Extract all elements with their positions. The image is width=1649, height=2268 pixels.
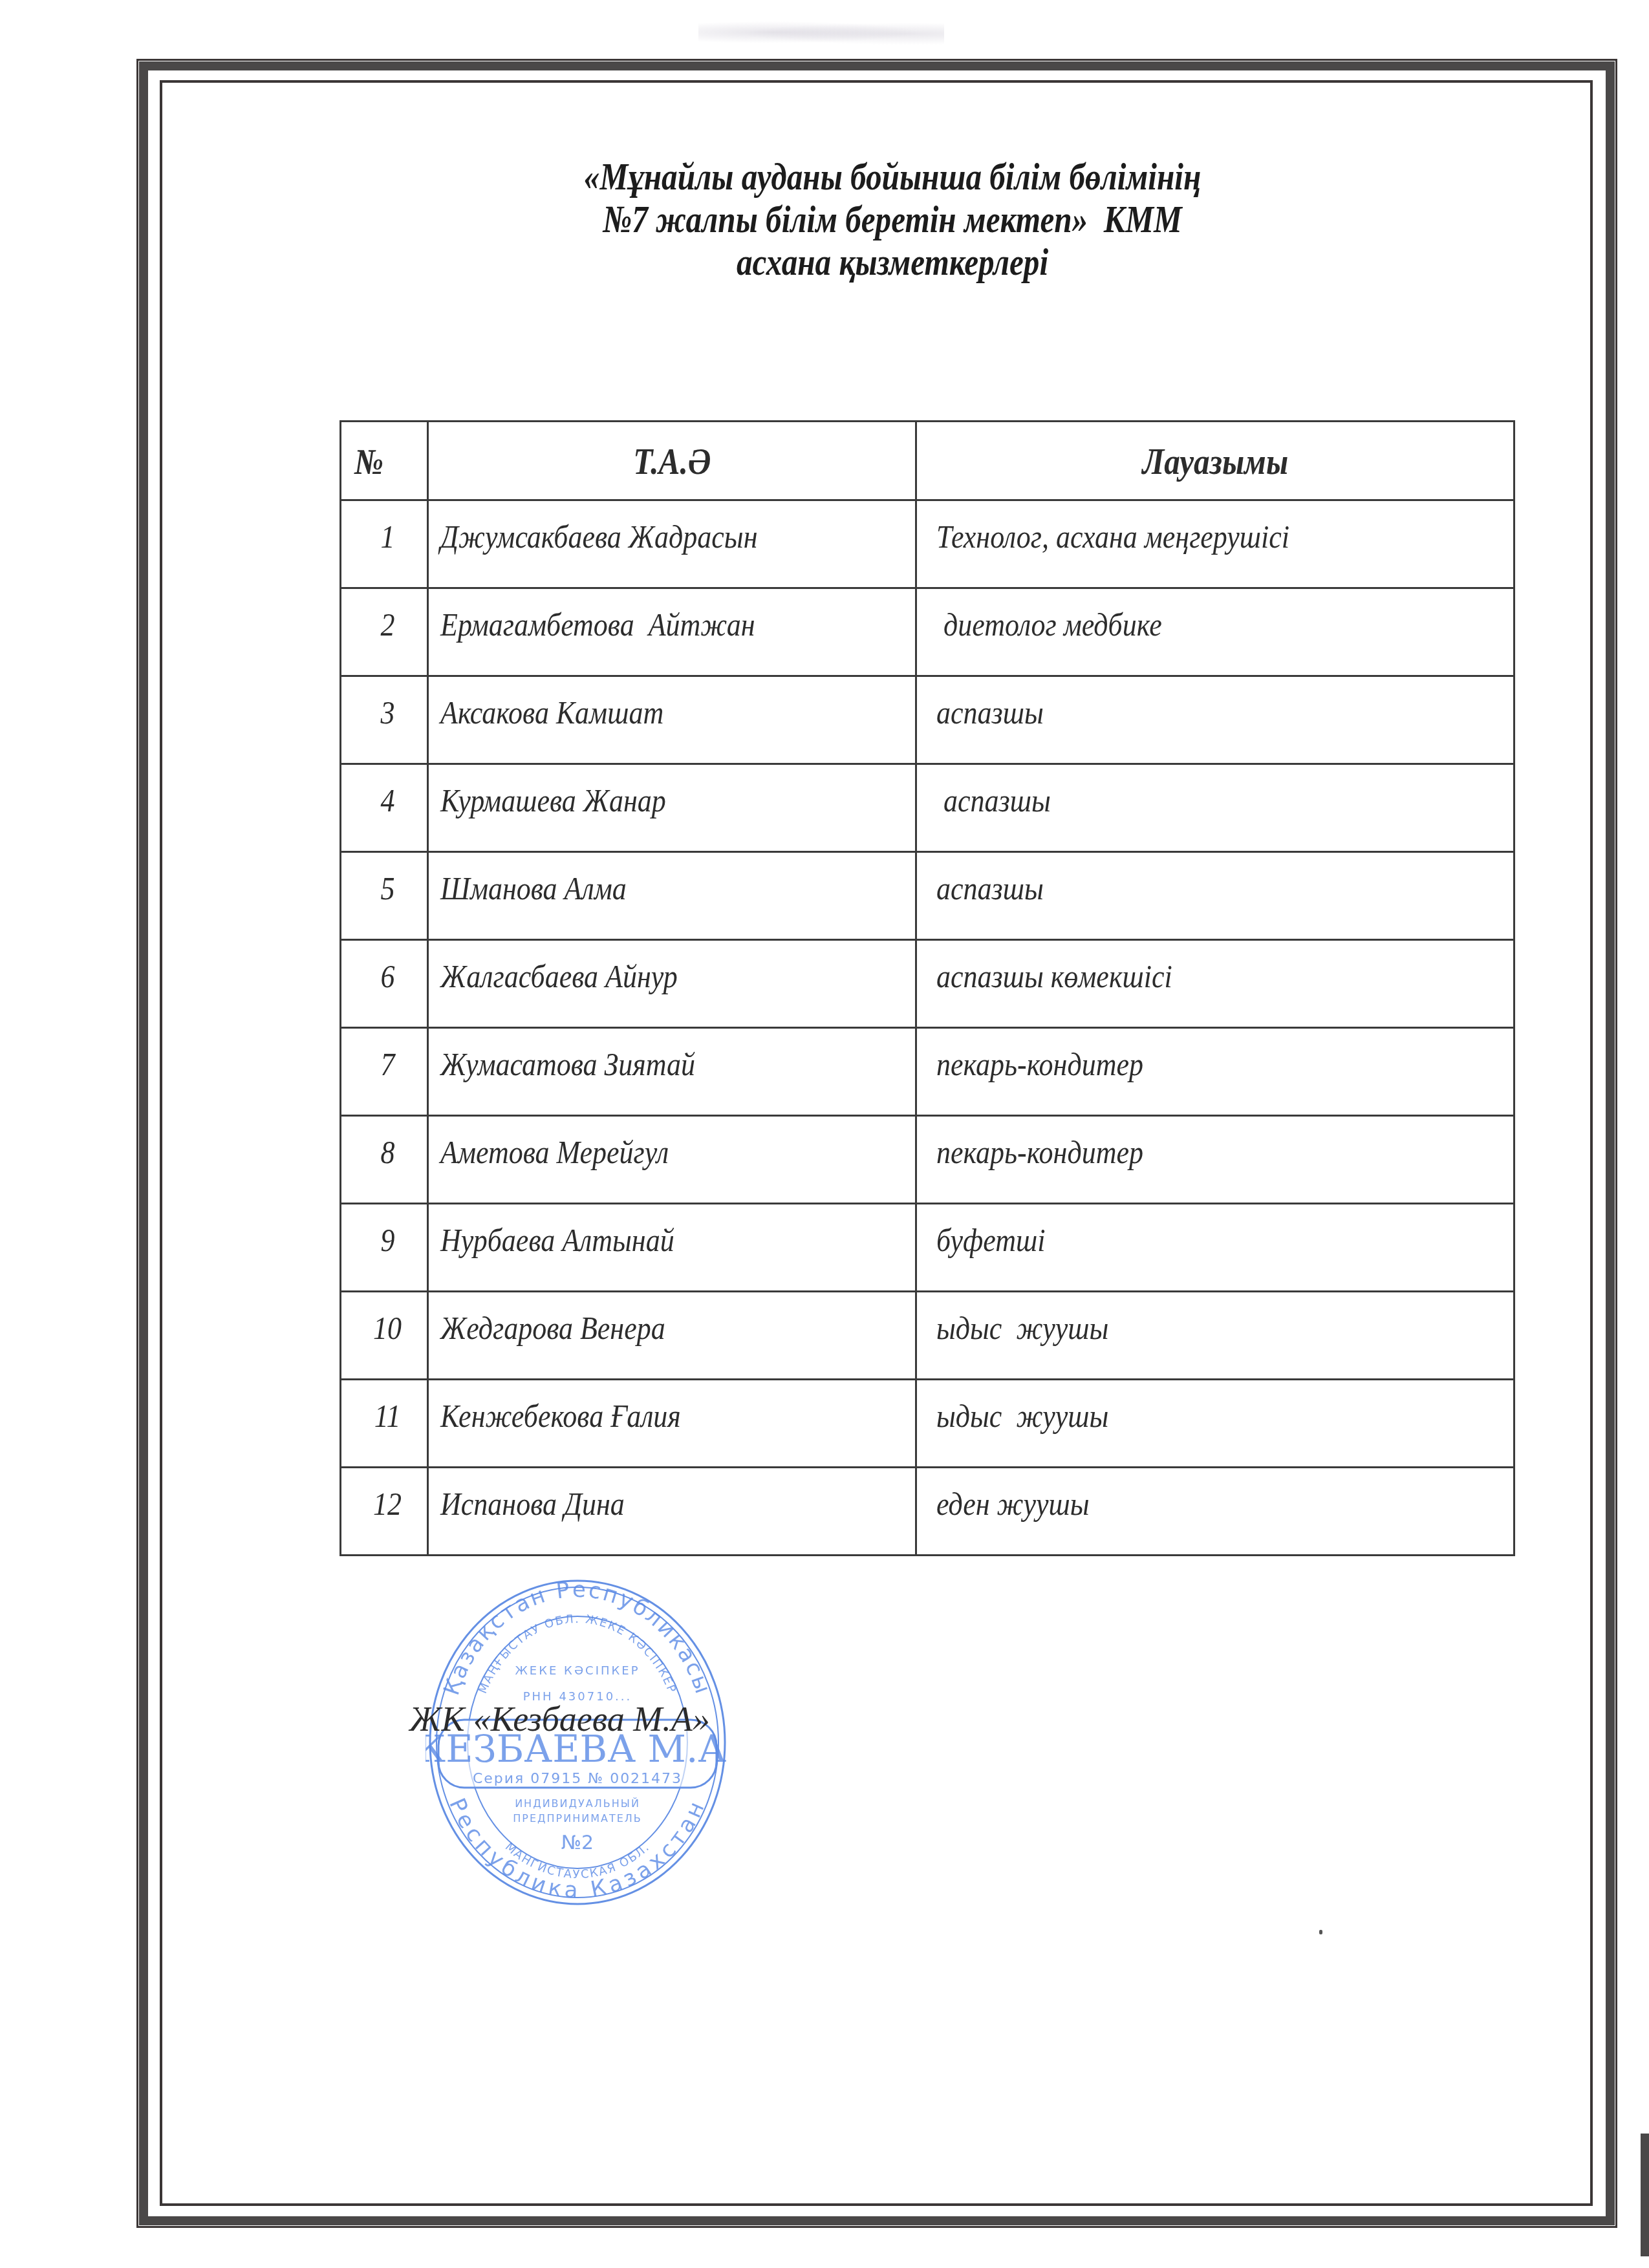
table-row: 10Жедгарова Венераыдыс жуушы bbox=[341, 1292, 1514, 1380]
table-row: 11Кенжебекова Ғалияыдыс жуушы bbox=[341, 1380, 1514, 1468]
row-number: 12 bbox=[341, 1468, 428, 1556]
scan-edge-bar bbox=[1641, 2134, 1649, 2256]
header-number: № bbox=[341, 422, 428, 500]
row-number: 1 bbox=[341, 500, 428, 588]
svg-text:№2: №2 bbox=[561, 1832, 594, 1854]
table-row: 8Аметова Мерейгулпекарь-кондитер bbox=[341, 1116, 1514, 1204]
row-full-name: Нурбаева Алтынай bbox=[428, 1204, 916, 1292]
table-row: 2Ермагамбетова Айтжан диетолог медбике bbox=[341, 588, 1514, 676]
row-position: аспазшы bbox=[916, 676, 1514, 764]
row-number: 11 bbox=[341, 1380, 428, 1468]
row-full-name: Испанова Дина bbox=[428, 1468, 916, 1556]
row-full-name: Ермагамбетова Айтжан bbox=[428, 588, 916, 676]
row-number: 3 bbox=[341, 676, 428, 764]
header-full-name: Т.А.Ә bbox=[428, 422, 916, 500]
signature-entrepreneur: ЖК «Кезбаева М.А» bbox=[409, 1699, 710, 1739]
scan-dot bbox=[1319, 1930, 1322, 1934]
title-line-1: «Мұнайлы ауданы бойынша білім бөлімінің bbox=[319, 155, 1465, 198]
svg-text:Серия 07915 № 0021473: Серия 07915 № 0021473 bbox=[473, 1771, 682, 1787]
row-position: диетолог медбике bbox=[916, 588, 1514, 676]
row-number: 10 bbox=[341, 1292, 428, 1380]
row-full-name: Шманова Алма bbox=[428, 852, 916, 940]
row-position: ыдыс жуушы bbox=[916, 1380, 1514, 1468]
header-position: Лауазымы bbox=[916, 422, 1514, 500]
row-full-name: Курмашева Жанар bbox=[428, 764, 916, 852]
stamp-seal: Қазақстан Республикасы Республика Казахс… bbox=[426, 1578, 729, 1907]
row-full-name: Аметова Мерейгул bbox=[428, 1116, 916, 1204]
row-position: буфетші bbox=[916, 1204, 1514, 1292]
table-header-row: № Т.А.Ә Лауазымы bbox=[341, 422, 1514, 500]
table-row: 9Нурбаева Алтынайбуфетші bbox=[341, 1204, 1514, 1292]
table-row: 1Джумсакбаева ЖадрасынТехнолог, асхана м… bbox=[341, 500, 1514, 588]
row-position: пекарь-кондитер bbox=[916, 1116, 1514, 1204]
row-full-name: Жумасатова Зиятай bbox=[428, 1028, 916, 1116]
row-full-name: Джумсакбаева Жадрасын bbox=[428, 500, 916, 588]
row-full-name: Жедгарова Венера bbox=[428, 1292, 916, 1380]
row-number: 8 bbox=[341, 1116, 428, 1204]
row-number: 5 bbox=[341, 852, 428, 940]
row-position: ыдыс жуушы bbox=[916, 1292, 1514, 1380]
scan-noise bbox=[698, 19, 944, 45]
row-position: Технолог, асхана меңгерушісі bbox=[916, 500, 1514, 588]
staff-table: № Т.А.Ә Лауазымы 1Джумсакбаева ЖадрасынТ… bbox=[339, 420, 1515, 1556]
row-full-name: Аксакова Камшат bbox=[428, 676, 916, 764]
svg-text:ЖЕКЕ КӘСІПКЕР: ЖЕКЕ КӘСІПКЕР bbox=[515, 1664, 640, 1678]
table-row: 3Аксакова Камшатаспазшы bbox=[341, 676, 1514, 764]
document-title: «Мұнайлы ауданы бойынша білім бөлімінің … bbox=[319, 155, 1465, 283]
svg-text:ПРЕДПРИНИМАТЕЛЬ: ПРЕДПРИНИМАТЕЛЬ bbox=[513, 1812, 642, 1824]
row-position: аспазшы bbox=[916, 852, 1514, 940]
title-line-3: асхана қызметкерлері bbox=[319, 241, 1465, 283]
row-position: аспазшы көмекшісі bbox=[916, 940, 1514, 1028]
title-line-2: №7 жалпы білім беретін мектеп» КММ bbox=[319, 198, 1465, 241]
row-position: аспазшы bbox=[916, 764, 1514, 852]
row-position: еден жуушы bbox=[916, 1468, 1514, 1556]
row-full-name: Жалгасбаева Айнур bbox=[428, 940, 916, 1028]
table-row: 5Шманова Алмааспазшы bbox=[341, 852, 1514, 940]
row-number: 7 bbox=[341, 1028, 428, 1116]
table-row: 6Жалгасбаева Айнураспазшы көмекшісі bbox=[341, 940, 1514, 1028]
row-number: 9 bbox=[341, 1204, 428, 1292]
row-number: 2 bbox=[341, 588, 428, 676]
row-position: пекарь-кондитер bbox=[916, 1028, 1514, 1116]
table-row: 12Испанова Динаеден жуушы bbox=[341, 1468, 1514, 1556]
svg-text:ИНДИВИДУАЛЬНЫЙ: ИНДИВИДУАЛЬНЫЙ bbox=[515, 1797, 640, 1810]
table-row: 7Жумасатова Зиятайпекарь-кондитер bbox=[341, 1028, 1514, 1116]
row-full-name: Кенжебекова Ғалия bbox=[428, 1380, 916, 1468]
row-number: 4 bbox=[341, 764, 428, 852]
row-number: 6 bbox=[341, 940, 428, 1028]
table-row: 4Курмашева Жанар аспазшы bbox=[341, 764, 1514, 852]
